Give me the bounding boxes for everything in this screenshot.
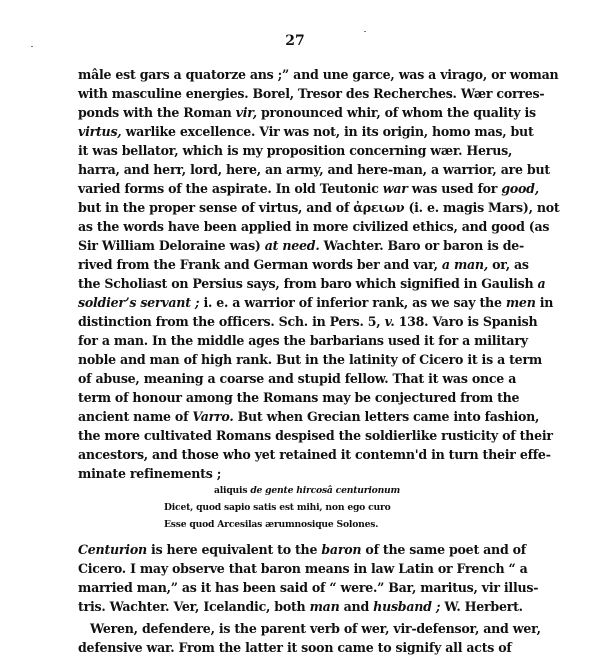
text-line: rived from the Frank and German words be… (78, 255, 483, 274)
verse-line-3: Esse quod Arcesilas ærumnosique Solones. (0, 516, 590, 533)
text-line: harra, and herr, lord, here, an army, an… (78, 160, 483, 179)
text-line: married man,” as it has been said of “ w… (78, 578, 483, 597)
text-line: as the words have been applied in more c… (78, 217, 483, 236)
text-line: noble and man of high rank. But in the l… (78, 350, 483, 369)
centurion-paragraph: Centurion is here equivalent to the baro… (78, 540, 483, 657)
text-line: virtus, warlike excellence. Vir was not,… (78, 122, 483, 141)
text-line: for a man. In the middle ages the barbar… (78, 331, 483, 350)
verse-quotation: aliquis de gente hircosâ centurionum Dic… (0, 482, 590, 533)
text-line: of abuse, meaning a coarse and stupid fe… (78, 369, 483, 388)
verse-line-2: Dicet, quod sapio satis est mihi, non eg… (0, 499, 590, 516)
text-line: with masculine energies. Borel, Tresor d… (78, 84, 483, 103)
text-line: Weren, defendere, is the parent verb of … (78, 619, 483, 638)
verse-line-1: aliquis de gente hircosâ centurionum (0, 482, 590, 499)
text-line: Centurion is here equivalent to the baro… (78, 540, 483, 559)
text-line: the Scholiast on Persius says, from baro… (78, 274, 483, 293)
text-line: term of honour among the Romans may be c… (78, 388, 483, 407)
text-line: varied forms of the aspirate. In old Teu… (78, 179, 483, 198)
page-number: 27 (0, 33, 590, 49)
text-line: the more cultivated Romans despised the … (78, 426, 483, 445)
text-line: soldier’s servant ; i. e. a warrior of i… (78, 293, 483, 312)
text-line: minate refinements ; (78, 464, 483, 483)
text-line: mâle est gars a quatorze ans ;” and une … (78, 65, 483, 84)
text-line: ponds with the Roman vir, pronounced whi… (78, 103, 483, 122)
text-line: Sir William Deloraine was) at need. Wach… (78, 236, 483, 255)
text-line: Cicero. I may observe that baron means i… (78, 559, 483, 578)
text-line: tris. Wachter. Ver, Icelandic, both man … (78, 597, 483, 616)
text-line: ancestors, and those who yet retained it… (78, 445, 483, 464)
scan-speck (31, 46, 33, 47)
text-line: defensive war. From the latter it soon c… (78, 638, 483, 657)
main-paragraph: mâle est gars a quatorze ans ;” and une … (78, 65, 483, 483)
text-line: ancient name of Varro. But when Grecian … (78, 407, 483, 426)
text-line: it was bellator, which is my proposition… (78, 141, 483, 160)
text-line: but in the proper sense of virtus, and o… (78, 198, 483, 217)
text-line: distinction from the officers. Sch. in P… (78, 312, 483, 331)
scan-speck (364, 31, 366, 32)
